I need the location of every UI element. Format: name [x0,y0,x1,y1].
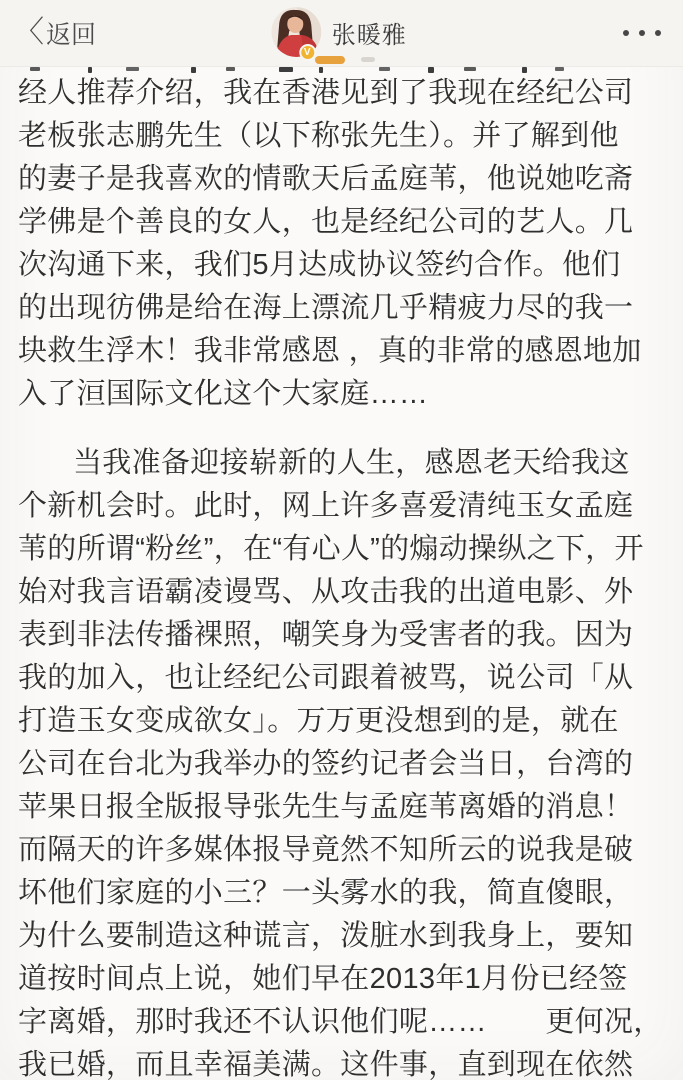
paragraph: 当我准备迎接崭新的人生，感恩老天给我这个新机会时。此时，网上许多喜爱清纯玉女孟庭… [18,442,663,1080]
back-button[interactable]: 〈 返回 [14,15,96,51]
text-line: 次沟通下来，我们5月达成协议签约合作。他们 [18,244,663,287]
text-line: 我已婚，而且幸福美满。这件事，直到现在依然 [18,1044,663,1080]
text-line: 道按时间点上说，她们早在2013年1月份已经签 [18,958,663,1001]
text-line: 坏他们家庭的小三？一头雾水的我，简直傻眼， [18,872,663,915]
text-line: 入了洹国际文化这个大家庭…… [18,373,663,416]
more-dot-icon [623,30,629,36]
text-line: 而隔天的许多媒体报导竟然不知所云的说我是破 [18,829,663,872]
avatar: V [271,7,321,57]
more-dot-icon [655,30,661,36]
profile-header[interactable]: V 张暖雅 [271,7,407,57]
text-line: 字离婚，那时我还不认识他们呢…… 更何况， [18,1001,663,1044]
back-label: 返回 [46,15,96,51]
text-line: 我的加入，也让经纪公司跟着被骂，说公司「从 [18,657,663,700]
more-dot-icon [639,30,645,36]
text-line: 为什么要制造这种谎言，泼脏水到我身上，要知 [18,915,663,958]
text-line: 老板张志鹏先生（以下称张先生）。并了解到他 [18,115,663,158]
text-line: 公司在台北为我举办的签约记者会当日，台湾的 [18,743,663,786]
verified-badge-icon: V [299,44,316,61]
text-line: 当我准备迎接崭新的人生，感恩老天给我这 [18,442,663,485]
text-line: 苇的所谓“粉丝”，在“有心人”的煽动操纵之下，开 [18,528,663,571]
tab-indicator-active [315,56,345,64]
navbar: 〈 返回 [0,0,683,67]
text-line: 始对我言语霸凌谩骂、从攻击我的出道电影、外 [18,571,663,614]
back-chevron-icon: 〈 [14,18,44,48]
text-line: 个新机会时。此时，网上许多喜爱清纯玉女孟庭 [18,485,663,528]
text-line: 苹果日报全版报导张先生与孟庭苇离婚的消息！ [18,786,663,829]
text-line: 块救生浮木！我非常感恩 ，真的非常的感恩地加 [18,330,663,373]
text-line: 打造玉女变成欲女」。万万更没想到的是，就在 [18,700,663,743]
text-line: 经人推荐介绍，我在香港见到了我现在经纪公司 [18,72,663,115]
text-line: 表到非法传播裸照，嘲笑身为受害者的我。因为 [18,614,663,657]
article-paragraphs: 经人推荐介绍，我在香港见到了我现在经纪公司老板张志鹏先生（以下称张先生）。并了解… [18,72,663,1080]
weibo-article-screen: 〈 返回 [0,0,683,1080]
article-body: 经人推荐介绍，我在香港见到了我现在经纪公司老板张志鹏先生（以下称张先生）。并了解… [0,67,683,1080]
profile-name: 张暖雅 [332,15,407,50]
paragraph: 经人推荐介绍，我在香港见到了我现在经纪公司老板张志鹏先生（以下称张先生）。并了解… [18,72,663,416]
text-line: 的出现彷佛是给在海上漂流几乎精疲力尽的我一 [18,287,663,330]
text-line: 学佛是个善良的女人，也是经纪公司的艺人。几 [18,201,663,244]
clipped-text-fragments [22,67,659,75]
more-menu-button[interactable] [621,24,663,42]
text-line: 的妻子是我喜欢的情歌天后孟庭苇，他说她吃斋 [18,158,663,201]
tab-indicator-inactive [361,57,375,62]
